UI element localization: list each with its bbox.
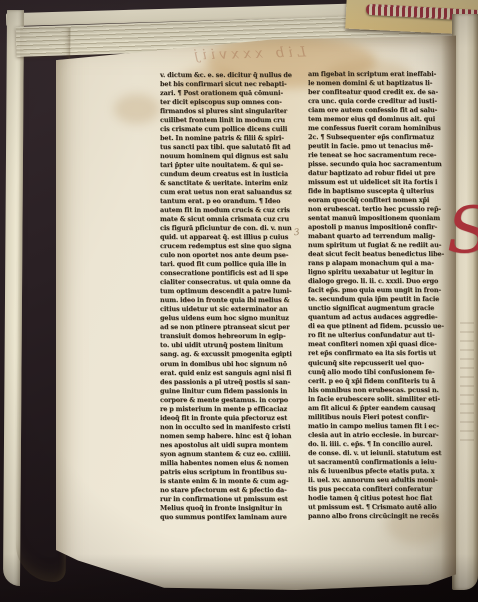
parchment-stain (114, 94, 160, 124)
gutter-shadow (441, 34, 456, 590)
open-verso-page: Lib xxxviij v. dictum &c. e. se. dicitur… (56, 34, 456, 590)
text-column-left: v. dictum &c. e. se. dicitur q̄ nullus d… (160, 71, 308, 522)
rubricated-initial-letter: S (447, 192, 478, 278)
facing-page-showthrough (460, 322, 474, 442)
text-column-right: am figebat in scriptum erat ineffabi- le… (308, 70, 458, 521)
gutter-annotation-mark: 3 (293, 228, 300, 239)
